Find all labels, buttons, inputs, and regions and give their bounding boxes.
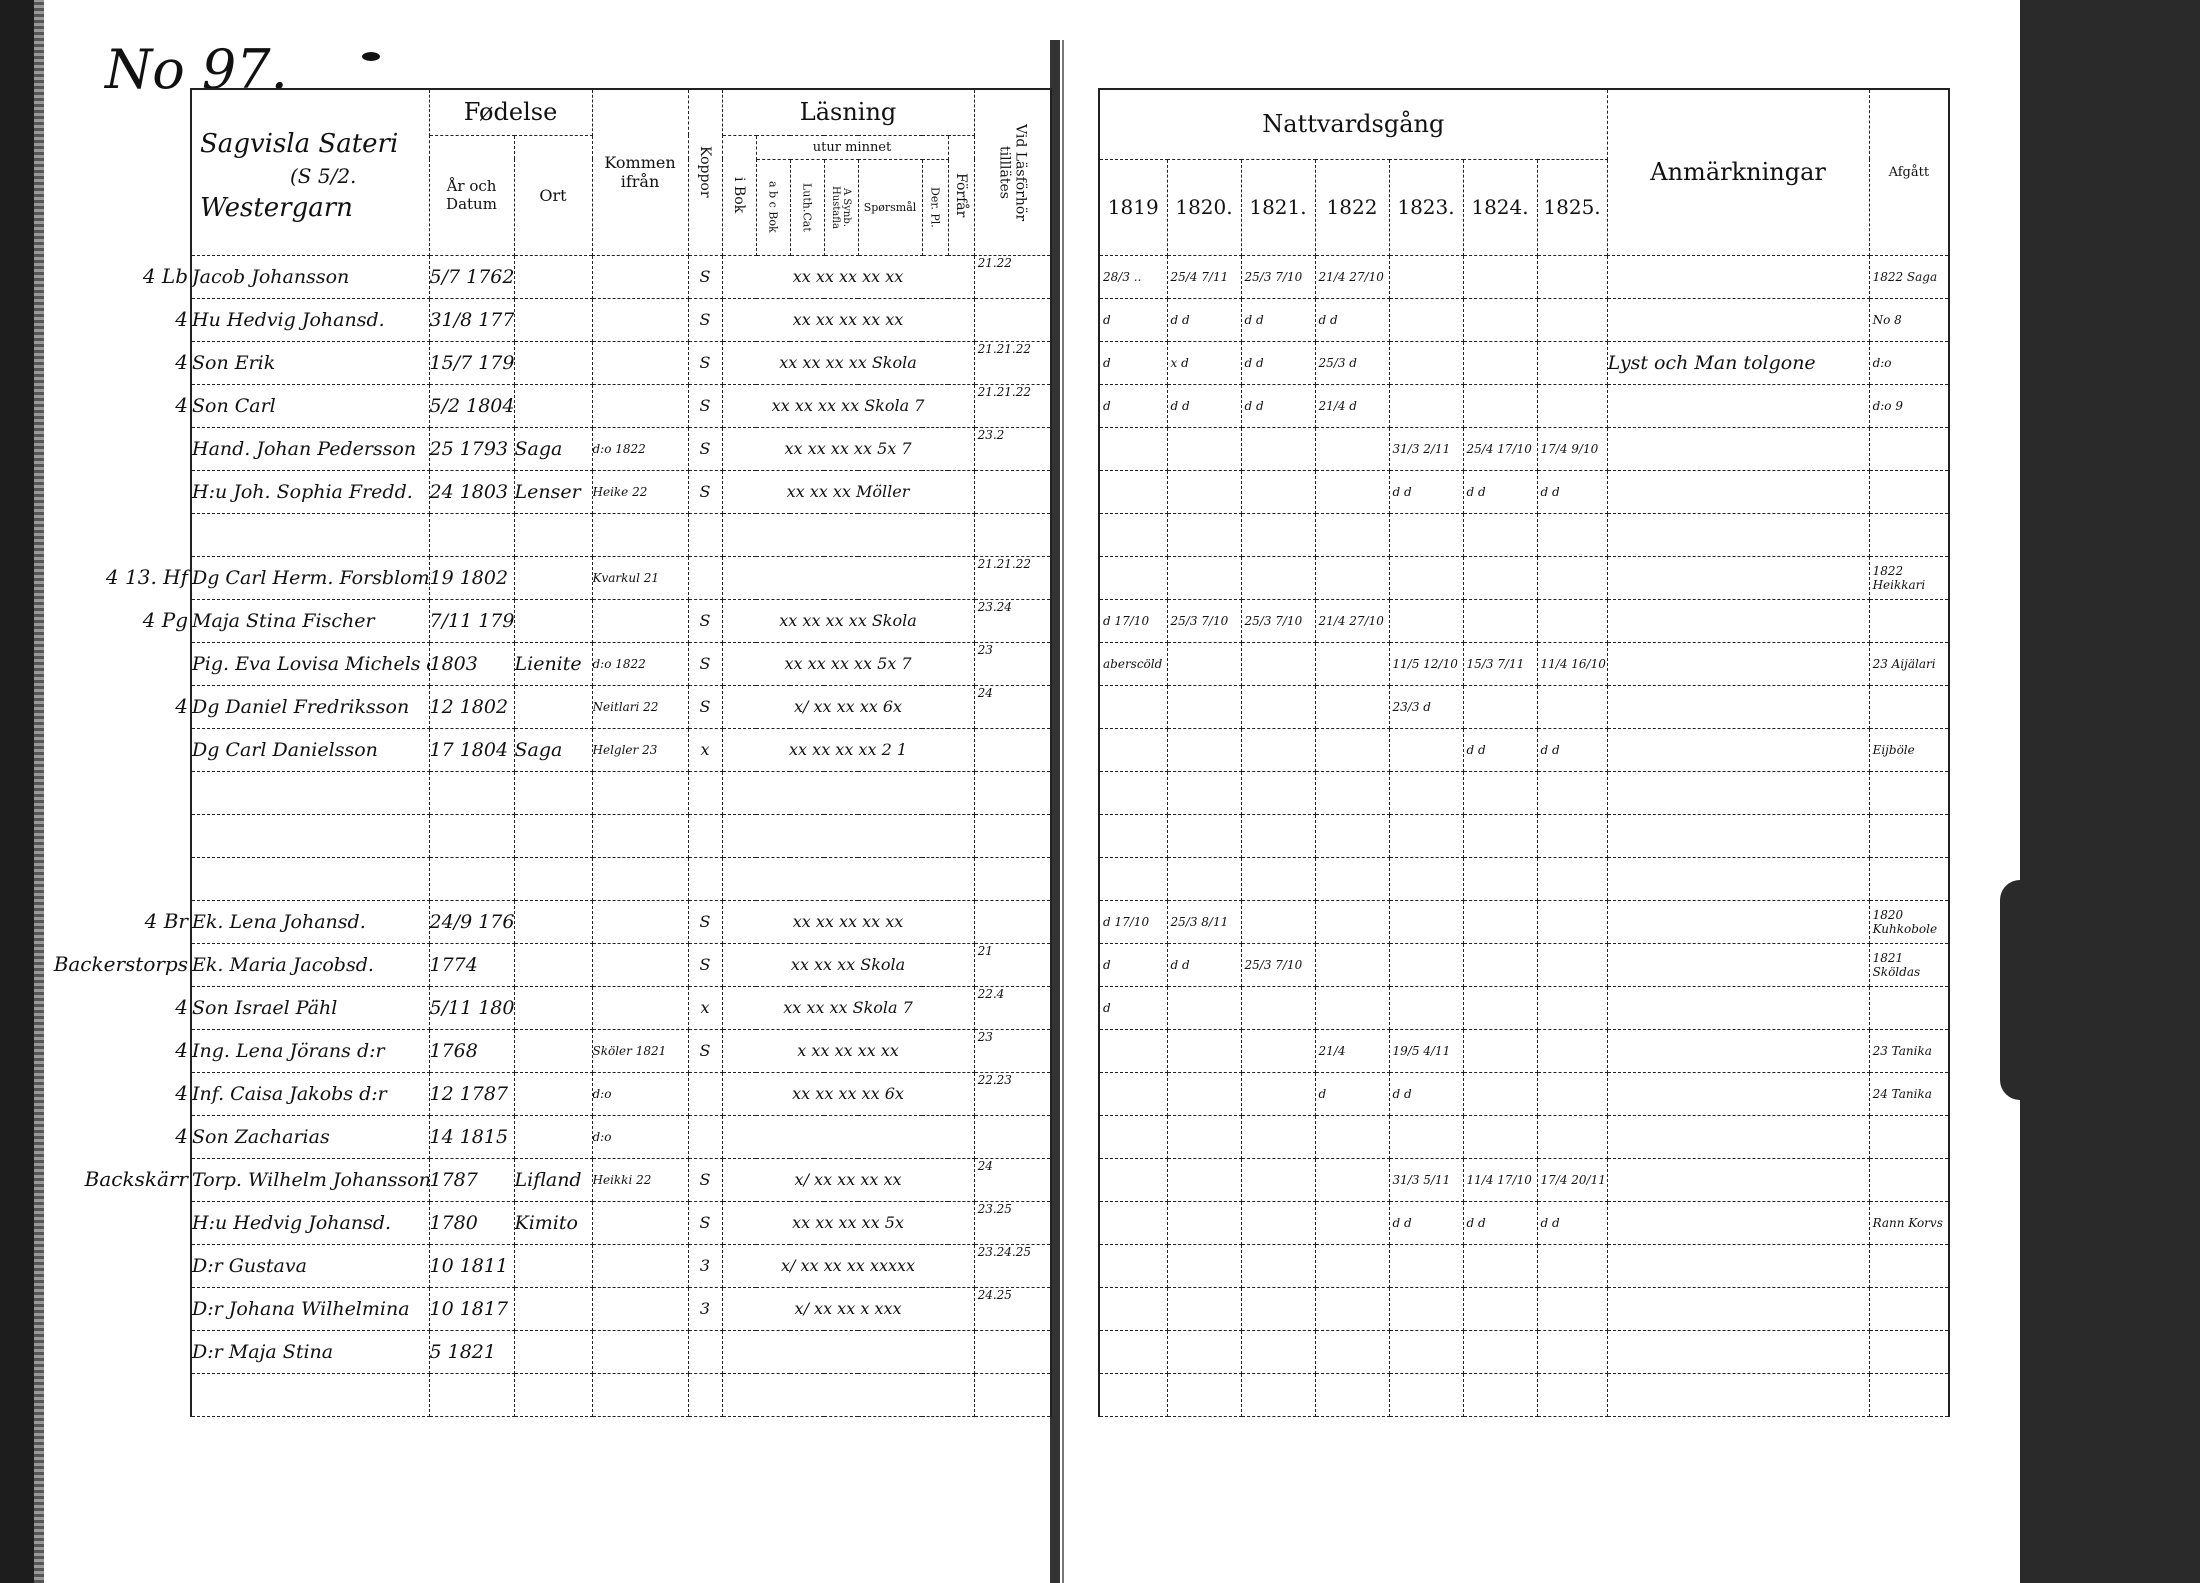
reading-marks: xx xx xx Skola <box>722 943 974 986</box>
person-name: Inf. Caisa Jakobs d:r <box>191 1072 429 1115</box>
birth-date: 25 1793 <box>429 427 514 470</box>
margin-note: 4 13. Hf <box>106 565 188 589</box>
communion-cell <box>1167 470 1241 513</box>
kommen-ifran <box>592 857 688 900</box>
communion-cell <box>1537 771 1607 814</box>
register-row: Torp. Wilhelm Johansson1787LiflandHeikki… <box>191 1158 1051 1201</box>
year-header-2: 1821. <box>1241 159 1315 255</box>
anmarkning-cell <box>1607 1158 1869 1201</box>
person-name: Maja Stina Fischer <box>191 599 429 642</box>
afgatt-cell <box>1869 1115 1949 1158</box>
a-synb-hustafla-header: A Synb. Hustafla <box>824 159 858 255</box>
communion-cell <box>1241 1158 1315 1201</box>
communion-cell: 25/4 7/11 <box>1167 255 1241 298</box>
lasforhor-years <box>974 1373 1051 1416</box>
communion-cell <box>1463 943 1537 986</box>
margin-note: Backskärr <box>85 1167 188 1191</box>
afgatt-cell <box>1869 685 1949 728</box>
communion-cell <box>1389 1244 1463 1287</box>
afgatt-cell <box>1869 814 1949 857</box>
birth-date: 5 1821 <box>429 1330 514 1373</box>
communion-cell <box>1463 1115 1537 1158</box>
communion-cell <box>1463 1029 1537 1072</box>
communion-cell <box>1241 1201 1315 1244</box>
communion-cell <box>1241 728 1315 771</box>
birth-place <box>514 1029 592 1072</box>
communion-cell <box>1537 384 1607 427</box>
birth-place: Saga <box>514 427 592 470</box>
anmarkning-cell <box>1607 1330 1869 1373</box>
communion-cell <box>1167 986 1241 1029</box>
communion-cell <box>1537 1115 1607 1158</box>
communion-cell: 28/3 .. <box>1099 255 1167 298</box>
communion-cell <box>1315 556 1389 599</box>
communion-cell <box>1241 1287 1315 1330</box>
communion-cell <box>1537 814 1607 857</box>
communion-cell: d d <box>1167 384 1241 427</box>
communion-cell <box>1389 986 1463 1029</box>
communion-cell: d 17/10 <box>1099 900 1167 943</box>
person-name: Dg Carl Herm. Forsblom <box>191 556 429 599</box>
communion-cell <box>1241 685 1315 728</box>
person-name: Ing. Lena Jörans d:r <box>191 1029 429 1072</box>
kommen-ifran <box>592 255 688 298</box>
communion-row <box>1099 857 1949 900</box>
reading-marks: x/ xx xx x xxx <box>722 1287 974 1330</box>
forfar-header: Förfår <box>948 135 974 255</box>
lasforhor-years: 23.24 <box>974 599 1051 642</box>
communion-cell <box>1537 943 1607 986</box>
communion-cell <box>1389 1115 1463 1158</box>
koppor-mark: S <box>688 427 722 470</box>
communion-row <box>1099 1287 1949 1330</box>
kommen-ifran <box>592 1330 688 1373</box>
communion-cell: d d <box>1241 298 1315 341</box>
reading-marks <box>722 771 974 814</box>
anmarkning-cell <box>1607 1029 1869 1072</box>
koppor-mark: S <box>688 1158 722 1201</box>
koppor-mark <box>688 556 722 599</box>
birth-date <box>429 814 514 857</box>
reading-marks <box>722 814 974 857</box>
communion-cell <box>1537 1072 1607 1115</box>
register-row: Maja Stina Fischer7/11 1799Sxx xx xx xx … <box>191 599 1051 642</box>
communion-cell <box>1315 771 1389 814</box>
kommen-ifran: Neitlari 22 <box>592 685 688 728</box>
anmarkning-cell <box>1607 857 1869 900</box>
margin-note: 4 <box>175 393 188 417</box>
anmarkning-cell <box>1607 470 1869 513</box>
communion-row: dd dd dd dNo 8 <box>1099 298 1949 341</box>
person-name <box>191 513 429 556</box>
reading-marks: xx xx xx xx Skola <box>722 599 974 642</box>
communion-cell <box>1099 771 1167 814</box>
birth-date: 24 1803 <box>429 470 514 513</box>
communion-cell <box>1537 298 1607 341</box>
koppor-mark: S <box>688 685 722 728</box>
lasforhor-years: 21.21.22 <box>974 384 1051 427</box>
utur-minnet-header: utur minnet <box>756 135 948 159</box>
communion-row <box>1099 1373 1949 1416</box>
year-header-5: 1824. <box>1463 159 1537 255</box>
communion-cell <box>1241 814 1315 857</box>
communion-cell <box>1389 298 1463 341</box>
koppor-mark: S <box>688 642 722 685</box>
communion-cell <box>1389 771 1463 814</box>
afgatt-cell <box>1869 986 1949 1029</box>
communion-cell <box>1167 1244 1241 1287</box>
kommen-ifran: Heikki 22 <box>592 1158 688 1201</box>
communion-cell: d 17/10 <box>1099 599 1167 642</box>
afgatt-cell: 1821 Sköldas <box>1869 943 1949 986</box>
communion-cell <box>1389 1373 1463 1416</box>
koppor-mark: S <box>688 599 722 642</box>
koppor-mark <box>688 857 722 900</box>
communion-cell <box>1167 857 1241 900</box>
margin-note: 4 <box>175 1038 188 1062</box>
birth-place <box>514 1244 592 1287</box>
communion-cell <box>1389 513 1463 556</box>
communion-cell: x d <box>1167 341 1241 384</box>
reading-marks: x/ xx xx xx xx <box>722 1158 974 1201</box>
register-row: D:r Gustava10 18113x/ xx xx xx xxxxx23.2… <box>191 1244 1051 1287</box>
communion-cell <box>1389 556 1463 599</box>
communion-cell <box>1463 986 1537 1029</box>
lasning-header: Läsning <box>722 89 974 135</box>
communion-cell <box>1099 556 1167 599</box>
afgatt-cell <box>1869 771 1949 814</box>
communion-row: d dd dd dRann Korvs <box>1099 1201 1949 1244</box>
afgatt-cell: 24 Tanika <box>1869 1072 1949 1115</box>
communion-cell <box>1537 1244 1607 1287</box>
communion-cell: 15/3 7/11 <box>1463 642 1537 685</box>
communion-cell <box>1315 1158 1389 1201</box>
register-row: Inf. Caisa Jakobs d:r12 1787d:oxx xx xx … <box>191 1072 1051 1115</box>
communion-row: d dd dd d <box>1099 470 1949 513</box>
communion-cell <box>1537 1029 1607 1072</box>
communion-cell <box>1099 685 1167 728</box>
communion-cell <box>1537 900 1607 943</box>
birth-place <box>514 857 592 900</box>
communion-cell <box>1167 1115 1241 1158</box>
margin-note: 4 Br <box>145 909 188 933</box>
person-name: Dg Daniel Fredriksson <box>191 685 429 728</box>
communion-row: dd d24 Tanika <box>1099 1072 1949 1115</box>
communion-cell <box>1241 1115 1315 1158</box>
communion-cell <box>1099 470 1167 513</box>
register-row: Ek. Maria Jacobsd.1774Sxx xx xx Skola21 <box>191 943 1051 986</box>
reading-marks <box>722 513 974 556</box>
communion-cell <box>1389 1287 1463 1330</box>
kommen-ifran <box>592 341 688 384</box>
afgatt-cell <box>1869 1158 1949 1201</box>
register-row: Dg Daniel Fredriksson12 1802Neitlari 22S… <box>191 685 1051 728</box>
afgatt-cell: 1822 Heikkari <box>1869 556 1949 599</box>
reading-marks: xx xx xx Skola 7 <box>722 986 974 1029</box>
anmarkning-cell <box>1607 814 1869 857</box>
koppor-mark: S <box>688 255 722 298</box>
communion-cell <box>1389 1330 1463 1373</box>
communion-row: dd d25/3 7/101821 Sköldas <box>1099 943 1949 986</box>
register-row: H:u Hedvig Johansd.1780KimitoSxx xx xx x… <box>191 1201 1051 1244</box>
margin-note: 4 <box>175 694 188 718</box>
afgatt-cell <box>1869 1244 1949 1287</box>
person-name: D:r Johana Wilhelmina <box>191 1287 429 1330</box>
anmarkning-cell <box>1607 255 1869 298</box>
afgatt-cell: 1822 Saga <box>1869 255 1949 298</box>
lasforhor-years: 21 <box>974 943 1051 986</box>
year-header-4: 1823. <box>1389 159 1463 255</box>
communion-cell <box>1099 1115 1167 1158</box>
communion-row: 21/419/5 4/1123 Tanika <box>1099 1029 1949 1072</box>
afgatt-cell <box>1869 427 1949 470</box>
lasforhor-years: 24 <box>974 1158 1051 1201</box>
ort-header: Ort <box>514 135 592 255</box>
birth-place <box>514 1330 592 1373</box>
lasforhor-years <box>974 298 1051 341</box>
communion-cell: 25/3 8/11 <box>1167 900 1241 943</box>
communion-cell <box>1463 1330 1537 1373</box>
birth-place <box>514 298 592 341</box>
communion-cell: 25/4 17/10 <box>1463 427 1537 470</box>
communion-cell <box>1463 857 1537 900</box>
koppor-mark: S <box>688 1201 722 1244</box>
kommen-ifran <box>592 1244 688 1287</box>
register-row: Son Zacharias14 1815d:o <box>191 1115 1051 1158</box>
abc-bok-label: a b c Bok <box>767 181 780 233</box>
communion-cell <box>1537 599 1607 642</box>
birth-place <box>514 685 592 728</box>
communion-row: 23/3 d <box>1099 685 1949 728</box>
birth-place <box>514 1287 592 1330</box>
kommen-ifran <box>592 298 688 341</box>
communion-cell: 11/4 17/10 <box>1463 1158 1537 1201</box>
communion-cell <box>1315 427 1389 470</box>
kommen-ifran <box>592 513 688 556</box>
reading-marks <box>722 1373 974 1416</box>
communion-cell <box>1167 771 1241 814</box>
register-row: D:r Maja Stina5 1821 <box>191 1330 1051 1373</box>
reading-marks: x/ xx xx xx 6x <box>722 685 974 728</box>
register-row <box>191 1373 1051 1416</box>
person-name <box>191 1373 429 1416</box>
birth-place <box>514 814 592 857</box>
communion-cell <box>1241 1330 1315 1373</box>
margin-note: 4 Pg <box>143 608 188 632</box>
ink-blot <box>362 52 380 61</box>
register-row: D:r Johana Wilhelmina10 18173x/ xx xx x … <box>191 1287 1051 1330</box>
anmarkning-cell <box>1607 1244 1869 1287</box>
communion-cell: 25/3 7/10 <box>1241 599 1315 642</box>
birth-date: 31/8 1770 <box>429 298 514 341</box>
birth-place <box>514 1115 592 1158</box>
communion-cell: d d <box>1463 728 1537 771</box>
afgatt-cell: 23 Tanika <box>1869 1029 1949 1072</box>
lasforhor-years <box>974 814 1051 857</box>
communion-cell <box>1315 728 1389 771</box>
afgatt-cell <box>1869 1373 1949 1416</box>
communion-cell: d d <box>1167 298 1241 341</box>
birth-place <box>514 599 592 642</box>
communion-cell: 21/4 27/10 <box>1315 599 1389 642</box>
person-name: Torp. Wilhelm Johansson <box>191 1158 429 1201</box>
register-row: Son Carl5/2 1804Sxx xx xx xx Skola 721.2… <box>191 384 1051 427</box>
communion-cell <box>1315 943 1389 986</box>
communion-cell <box>1099 1373 1167 1416</box>
communion-cell: aberscöld <box>1099 642 1167 685</box>
reading-marks <box>722 1330 974 1373</box>
afgatt-cell: d:o <box>1869 341 1949 384</box>
communion-row: d <box>1099 986 1949 1029</box>
kommen-ifran: d:o 1822 <box>592 642 688 685</box>
person-name: D:r Maja Stina <box>191 1330 429 1373</box>
communion-cell <box>1315 1373 1389 1416</box>
kommen-ifran <box>592 1201 688 1244</box>
communion-row: 31/3 2/1125/4 17/1017/4 9/10 <box>1099 427 1949 470</box>
communion-cell: d d <box>1241 384 1315 427</box>
name-header-cell <box>191 89 429 255</box>
koppor-mark <box>688 1330 722 1373</box>
communion-cell <box>1167 685 1241 728</box>
lasforhor-years <box>974 857 1051 900</box>
communion-cell <box>1167 513 1241 556</box>
communion-cell: d <box>1099 943 1167 986</box>
communion-cell: d d <box>1167 943 1241 986</box>
lasforhor-years <box>974 728 1051 771</box>
communion-cell <box>1463 298 1537 341</box>
register-row: Jacob Johansson5/7 1762Sxx xx xx xx xx21… <box>191 255 1051 298</box>
kommen-ifran <box>592 814 688 857</box>
birth-date: 7/11 1799 <box>429 599 514 642</box>
kommen-ifran <box>592 599 688 642</box>
luth-cat-label: Luth.Cat <box>801 183 814 232</box>
anmarkning-cell <box>1607 1072 1869 1115</box>
kommen-ifran: Kvarkul 21 <box>592 556 688 599</box>
lasforhor-years: 23.25 <box>974 1201 1051 1244</box>
person-name: Jacob Johansson <box>191 255 429 298</box>
reading-marks: xx xx xx xx Skola <box>722 341 974 384</box>
communion-cell <box>1315 814 1389 857</box>
reading-marks: xx xx xx xx xx <box>722 900 974 943</box>
person-name: Hu Hedvig Johansd. <box>191 298 429 341</box>
margin-note: 4 <box>175 307 188 331</box>
communion-row: dx dd d25/3 dLyst och Man tolgoned:o <box>1099 341 1949 384</box>
kommen-ifran <box>592 1287 688 1330</box>
person-name: Ek. Maria Jacobsd. <box>191 943 429 986</box>
communion-cell <box>1099 1201 1167 1244</box>
communion-cell <box>1315 685 1389 728</box>
birth-place <box>514 1373 592 1416</box>
communion-cell: 11/4 16/10 <box>1537 642 1607 685</box>
communion-cell <box>1463 1373 1537 1416</box>
communion-cell <box>1167 1373 1241 1416</box>
communion-row <box>1099 771 1949 814</box>
lasforhor-years <box>974 470 1051 513</box>
communion-cell: 25/3 7/10 <box>1241 943 1315 986</box>
lasforhor-years <box>974 1330 1051 1373</box>
communion-row: d 17/1025/3 8/111820 Kuhkobole <box>1099 900 1949 943</box>
communion-cell <box>1241 857 1315 900</box>
communion-cell <box>1315 1115 1389 1158</box>
left-register-table: Fødelse Kommen ifrån Koppor Läsning Vid … <box>190 88 1052 1417</box>
binding-gutter-right <box>1062 40 1090 1583</box>
communion-cell: 25/3 7/10 <box>1167 599 1241 642</box>
kommen-ifran <box>592 900 688 943</box>
anmarkning-cell <box>1607 298 1869 341</box>
birth-place <box>514 556 592 599</box>
communion-cell <box>1463 255 1537 298</box>
register-row: H:u Joh. Sophia Fredd.24 1803LenserHeike… <box>191 470 1051 513</box>
communion-row <box>1099 1115 1949 1158</box>
communion-cell <box>1463 900 1537 943</box>
communion-cell: d <box>1099 341 1167 384</box>
communion-cell: d <box>1099 384 1167 427</box>
koppor-mark <box>688 513 722 556</box>
communion-cell: d d <box>1389 1072 1463 1115</box>
anmarkning-cell <box>1607 427 1869 470</box>
communion-cell <box>1537 1373 1607 1416</box>
kommen-ifran <box>592 943 688 986</box>
i-bok-header: i Bok <box>722 135 756 255</box>
communion-row: 31/3 5/1111/4 17/1017/4 20/11 <box>1099 1158 1949 1201</box>
communion-cell <box>1389 384 1463 427</box>
margin-note: 4 <box>175 1124 188 1148</box>
koppor-mark: S <box>688 341 722 384</box>
afgatt-cell: 1820 Kuhkobole <box>1869 900 1949 943</box>
birth-place: Saga <box>514 728 592 771</box>
reading-marks: xx xx xx xx 5x <box>722 1201 974 1244</box>
birth-place <box>514 255 592 298</box>
communion-cell <box>1241 642 1315 685</box>
communion-row: d dd dEijböle <box>1099 728 1949 771</box>
margin-note: Backerstorps <box>54 952 188 976</box>
anmarkning-cell <box>1607 1373 1869 1416</box>
kommen-ifran: Sköler 1821 <box>592 1029 688 1072</box>
lasforhor-years: 23.24.25 <box>974 1244 1051 1287</box>
communion-cell: d d <box>1315 298 1389 341</box>
reading-marks: xx xx xx xx xx <box>722 298 974 341</box>
communion-cell: d <box>1315 1072 1389 1115</box>
communion-cell: d d <box>1241 341 1315 384</box>
communion-cell <box>1241 427 1315 470</box>
communion-cell <box>1167 427 1241 470</box>
communion-cell <box>1537 341 1607 384</box>
communion-cell: d d <box>1537 728 1607 771</box>
birth-date: 12 1787 <box>429 1072 514 1115</box>
communion-row: aberscöld11/5 12/1015/3 7/1111/4 16/1023… <box>1099 642 1949 685</box>
communion-row: d 17/1025/3 7/1025/3 7/1021/4 27/10 <box>1099 599 1949 642</box>
kommen-ifran <box>592 1373 688 1416</box>
afgatt-cell: Rann Korvs <box>1869 1201 1949 1244</box>
afgatt-cell: d:o 9 <box>1869 384 1949 427</box>
communion-cell <box>1241 470 1315 513</box>
communion-cell <box>1099 1029 1167 1072</box>
person-name: Son Carl <box>191 384 429 427</box>
communion-cell <box>1537 986 1607 1029</box>
koppor-mark <box>688 1115 722 1158</box>
koppor-mark: S <box>688 900 722 943</box>
communion-cell <box>1099 1158 1167 1201</box>
communion-cell <box>1315 642 1389 685</box>
kommen-ifran: d:o 1822 <box>592 427 688 470</box>
communion-cell <box>1315 900 1389 943</box>
communion-cell: d <box>1099 298 1167 341</box>
koppor-mark: S <box>688 384 722 427</box>
reading-marks: xx xx xx xx Skola 7 <box>722 384 974 427</box>
register-row: Ing. Lena Jörans d:r1768Sköler 1821Sx xx… <box>191 1029 1051 1072</box>
afgatt-cell: Eijböle <box>1869 728 1949 771</box>
reading-marks <box>722 1115 974 1158</box>
